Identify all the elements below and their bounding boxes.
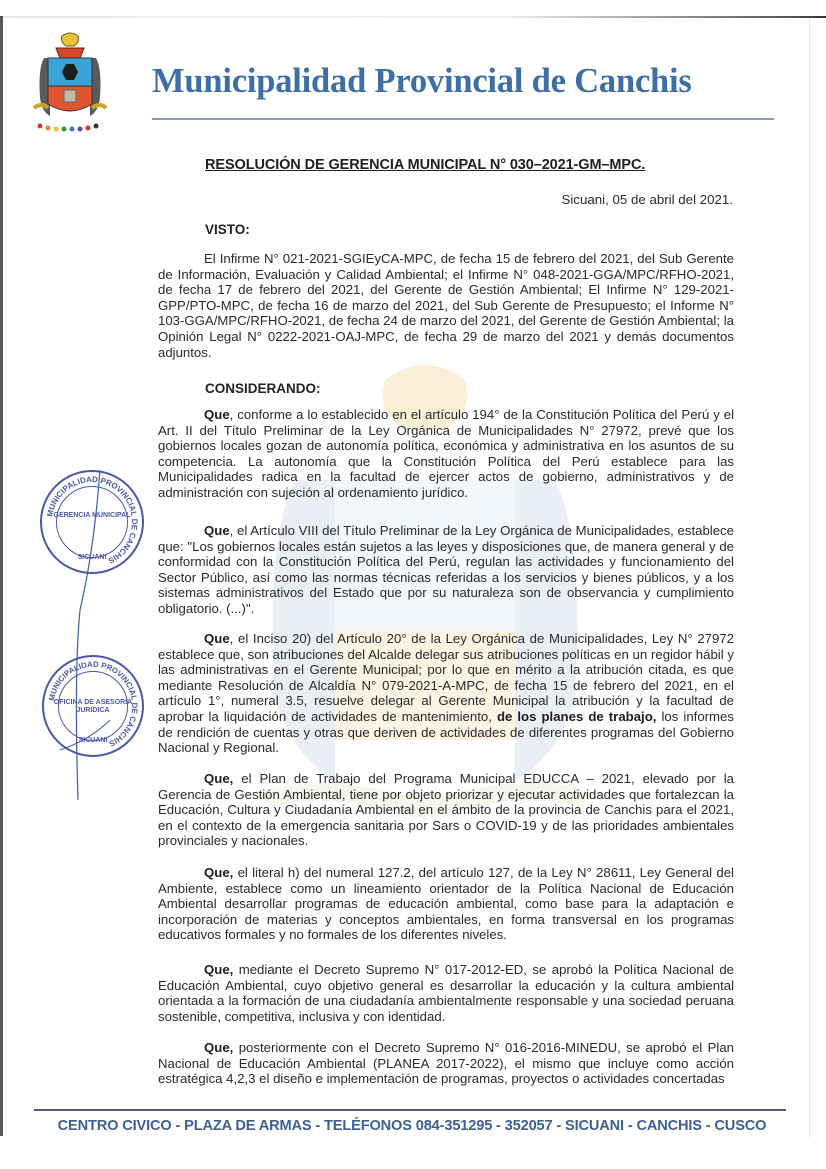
visto-paragraph: El Infirme N° 021-2021-SGIEyCA-MPC, de f…: [158, 251, 734, 360]
paragraph: Que, el Inciso 20) del Artículo 20° de l…: [158, 631, 734, 756]
paragraph-lead: Que: [204, 407, 230, 422]
footer-divider: [34, 1109, 786, 1111]
paragraph-lead: Que: [204, 631, 230, 646]
paragraph: Que, el literal h) del numeral 127.2, de…: [158, 865, 734, 943]
paragraph-text: , conforme a lo establecido en el artícu…: [158, 407, 734, 500]
considerando-heading: CONSIDERANDO:: [205, 381, 321, 396]
paragraph-text: el Plan de Trabajo del Programa Municipa…: [158, 771, 734, 848]
paragraph-lead: Que,: [204, 962, 233, 977]
paragraph: Que, posteriormente con el Decreto Supre…: [158, 1040, 734, 1087]
header-divider: [152, 118, 774, 120]
institution-title: Municipalidad Provincial de Canchis: [152, 62, 692, 101]
visto-heading: VISTO:: [205, 222, 250, 237]
paragraph: Que, conforme a lo establecido en el art…: [158, 407, 734, 501]
visto-text: El Infirme N° 021-2021-SGIEyCA-MPC, de f…: [158, 251, 734, 360]
scan-edge: [0, 16, 826, 18]
paragraph-lead: Que: [204, 523, 230, 538]
paragraph-emphasis: de los planes de trabajo,: [497, 709, 656, 724]
place-date: Sicuani, 05 de abril del 2021.: [561, 192, 733, 207]
coat-of-arms-icon: [30, 30, 110, 140]
paragraph-text: mediante el Decreto Supremo N° 017-2012-…: [158, 962, 734, 1024]
paragraph-lead: Que,: [204, 865, 233, 880]
paragraph-lead: Que,: [204, 771, 233, 786]
scan-edge-right: [809, 18, 810, 1138]
signature-stroke: [60, 470, 120, 800]
scan-margin-top: [0, 0, 826, 16]
paragraph: Que, el Plan de Trabajo del Programa Mun…: [158, 771, 734, 849]
paragraph-text: posteriormente con el Decreto Supremo N°…: [158, 1040, 734, 1086]
scan-edge-left: [0, 16, 3, 1136]
paragraph-text: , el Artículo VIII del Título Preliminar…: [158, 523, 734, 616]
footer-address: CENTRO CIVICO - PLAZA DE ARMAS - TELÉFON…: [38, 1118, 786, 1134]
paragraph-text: el literal h) del numeral 127.2, del art…: [158, 865, 734, 942]
paragraph-lead: Que,: [204, 1040, 233, 1055]
paragraph: Que, mediante el Decreto Supremo N° 017-…: [158, 962, 734, 1024]
paragraph: Que, el Artículo VIII del Título Prelimi…: [158, 523, 734, 617]
resolution-title: RESOLUCIÓN DE GERENCIA MUNICIPAL N° 030–…: [205, 157, 645, 173]
